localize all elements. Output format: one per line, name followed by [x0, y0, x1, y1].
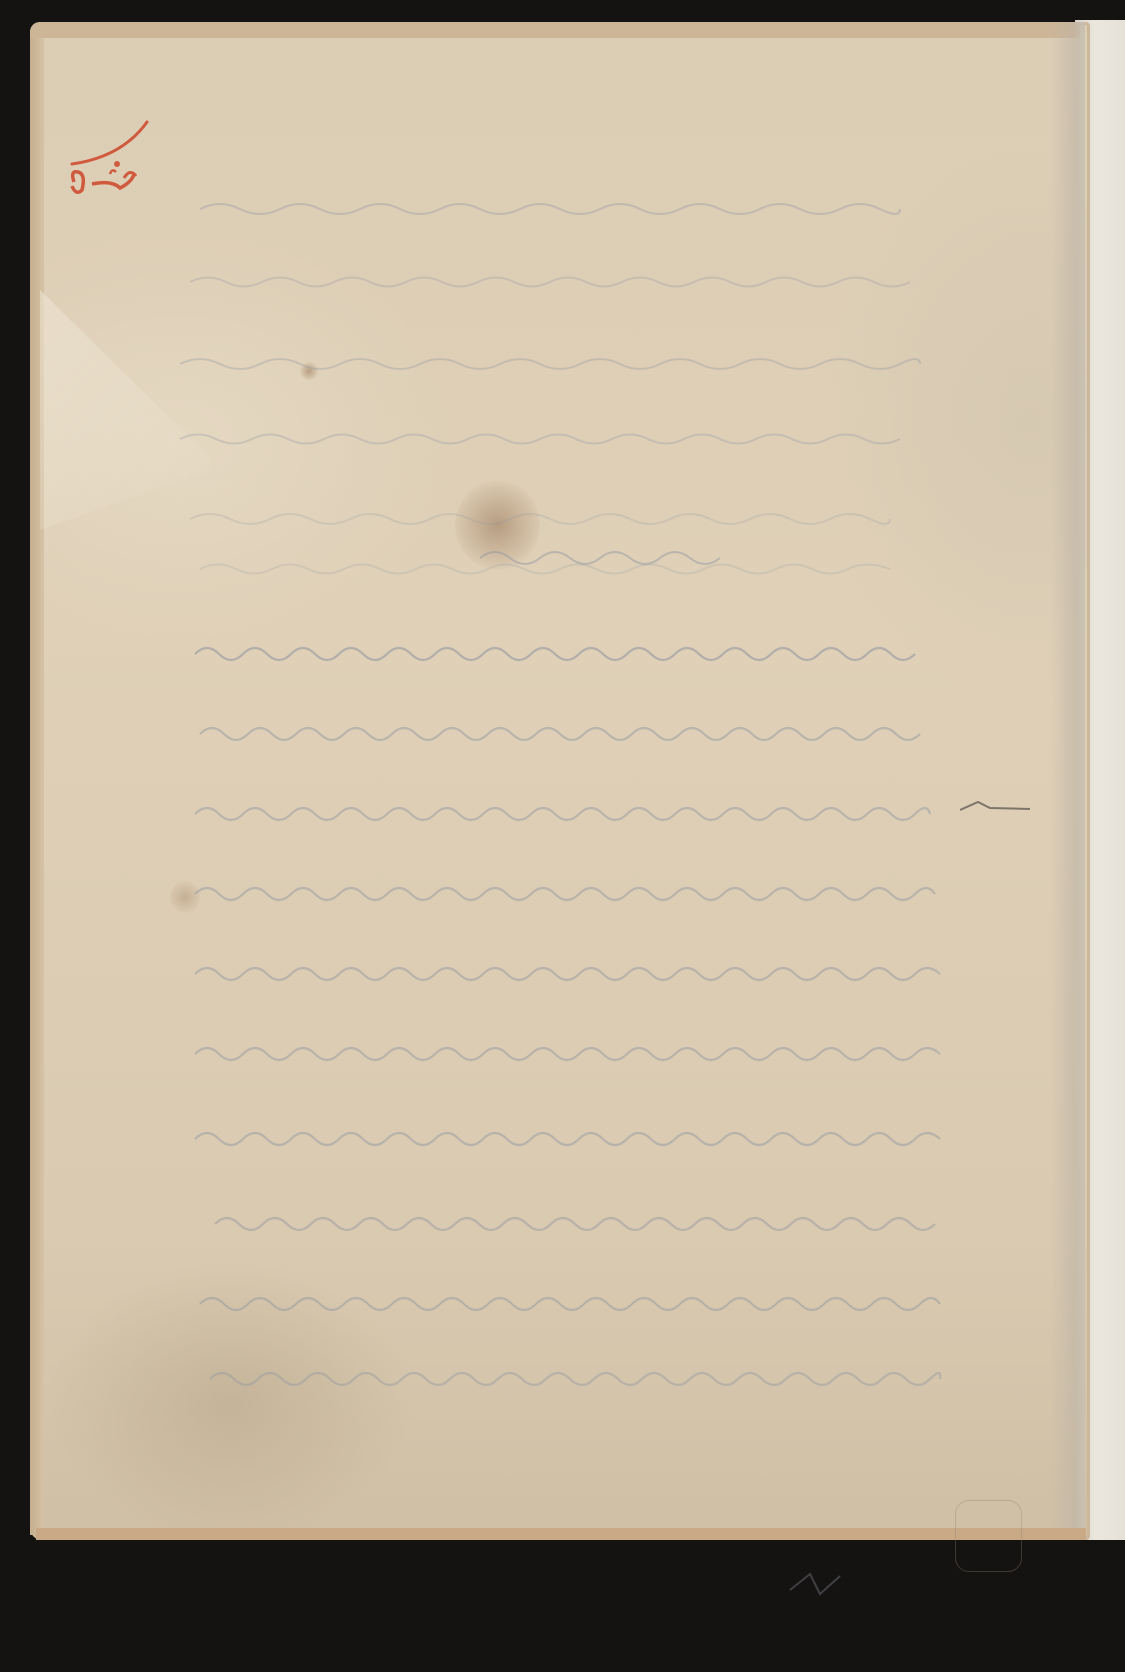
- script-line: [190, 505, 890, 533]
- script-line: [200, 1290, 940, 1318]
- page-right-edge: [1050, 22, 1085, 1540]
- script-line: [200, 195, 900, 223]
- script-line: [195, 880, 935, 908]
- script-line: [180, 425, 900, 453]
- page-bottom-edge: [36, 1528, 1086, 1540]
- script-line: [195, 1040, 940, 1068]
- edge-tear: [960, 800, 1030, 814]
- faint-stamp: [955, 1500, 1022, 1572]
- script-line: [195, 800, 930, 828]
- script-line: [200, 720, 920, 748]
- script-line: [195, 1125, 940, 1153]
- script-line: [195, 640, 915, 668]
- heading-line: short centered pencil line beside brown …: [480, 540, 720, 570]
- script-line: [190, 268, 910, 296]
- script-line: [790, 1570, 850, 1598]
- page-binding-edge: [30, 30, 44, 1535]
- script-line: [210, 1365, 940, 1393]
- script-line: [195, 960, 940, 988]
- page-top-edge: [30, 22, 1080, 38]
- script-line: [215, 1210, 935, 1238]
- script-line: [180, 350, 920, 378]
- red-ink-annotation: (red ink marking, illegible): [62, 112, 152, 194]
